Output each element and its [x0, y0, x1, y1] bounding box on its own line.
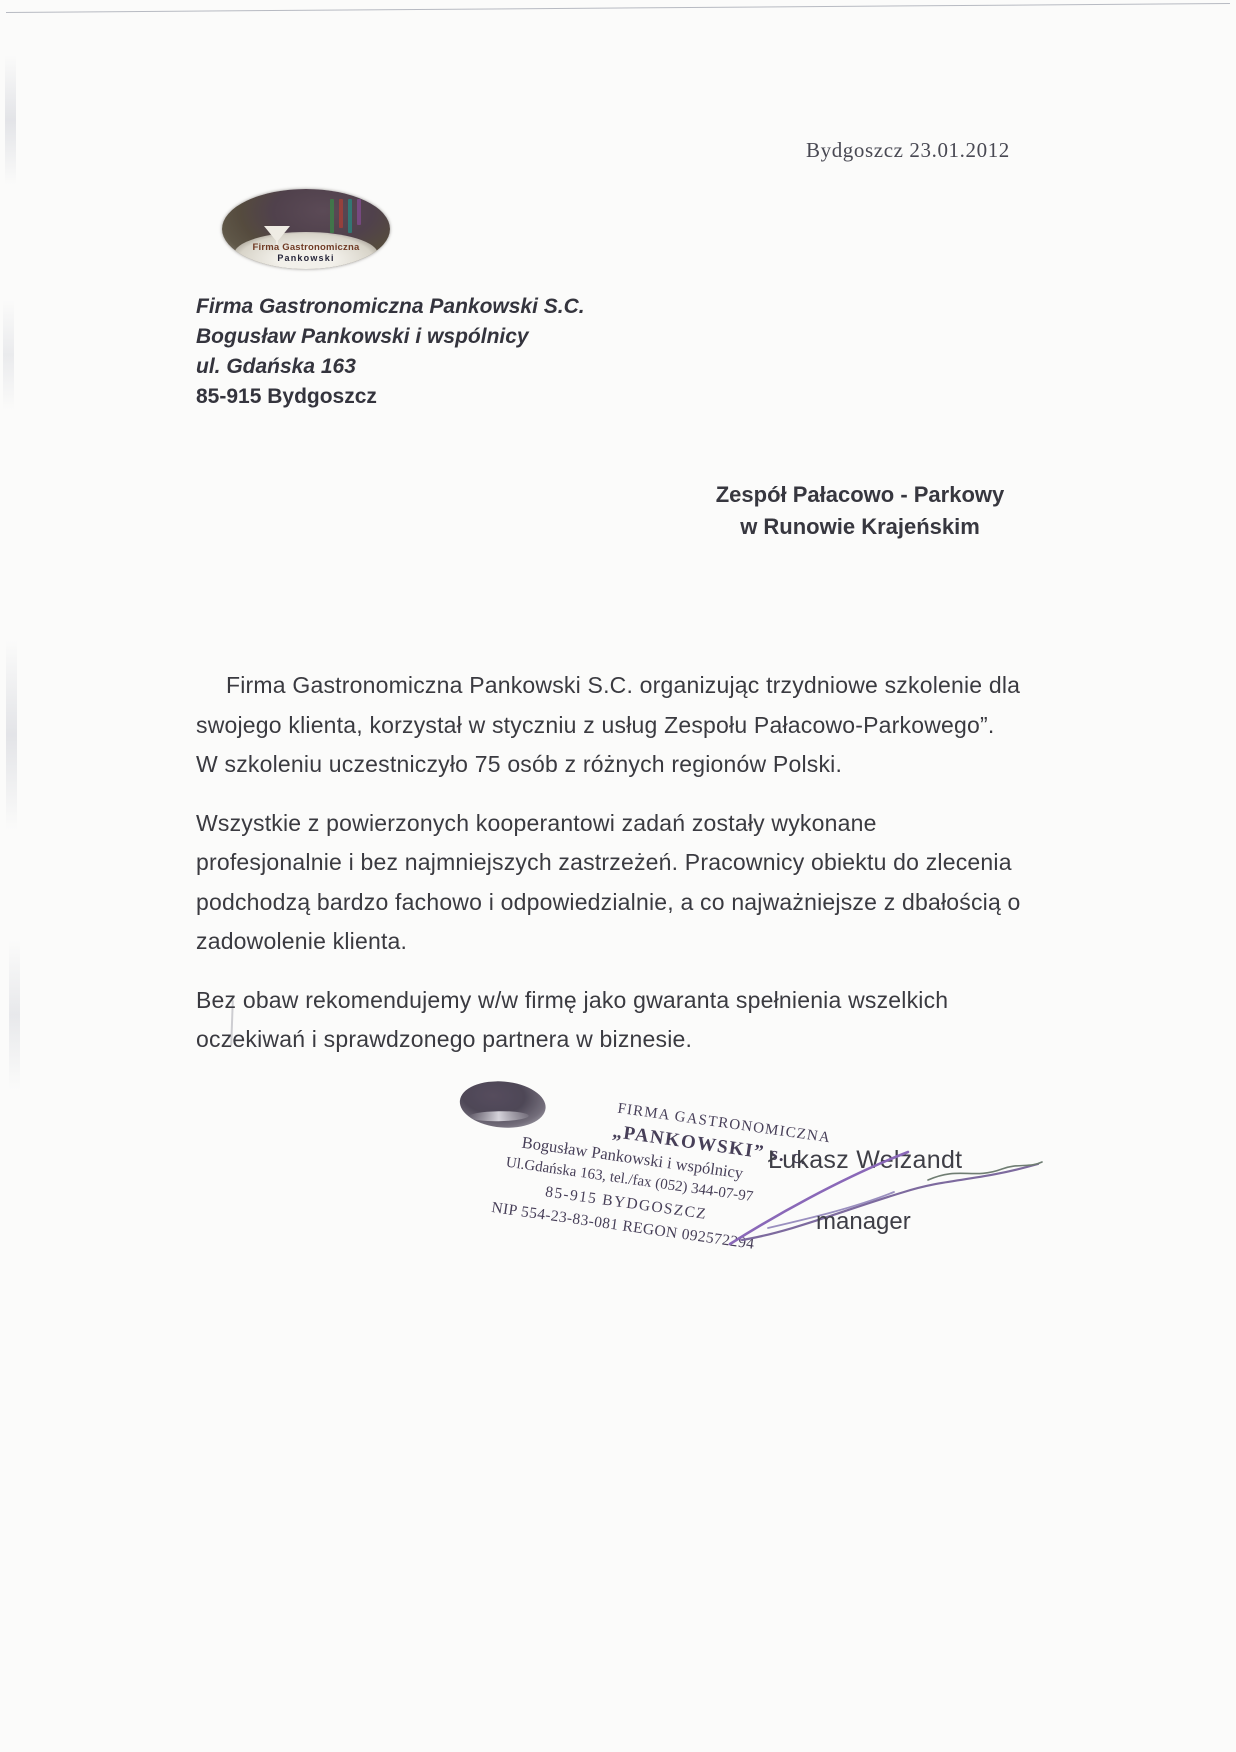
- letterhead-street: ul. Gdańska 163: [196, 352, 585, 382]
- scan-streak: [5, 55, 16, 185]
- letterhead-city: 85-915 Bydgoszcz: [196, 382, 585, 412]
- letterhead-owners: Bogusław Pankowski i wspólnicy: [196, 322, 585, 352]
- utensil-bars-icon: [330, 199, 361, 233]
- scanned-letter-page: Bydgoszcz 23.01.2012 Firma Gastronomiczn…: [0, 0, 1236, 1752]
- recipient-line1: Zespół Pałacowo - Parkowy: [690, 479, 1030, 511]
- recipient-line2: w Runowie Krajeńskim: [690, 511, 1030, 543]
- signatory-title: manager: [816, 1208, 911, 1236]
- letterhead-company: Firma Gastronomiczna Pankowski S.C.: [196, 292, 585, 322]
- letter-body: Firma Gastronomiczna Pankowski S.C. orga…: [196, 666, 1062, 1079]
- paragraph-1-line-3: W szkoleniu uczestniczyło 75 osób z różn…: [196, 745, 1062, 785]
- paragraph-2: Wszystkie z powierzonych kooperantowi za…: [196, 804, 1062, 962]
- scan-streak: [3, 300, 14, 410]
- scan-edge-line: [6, 3, 1230, 14]
- paragraph-3-line-1: Bez obaw rekomendujemy w/w firmę jako gw…: [196, 981, 1062, 1021]
- paragraph-3: Bez obaw rekomendujemy w/w firmę jako gw…: [196, 981, 1062, 1060]
- logo-caption-line2: Pankowski: [222, 253, 390, 263]
- logo-caption: Firma Gastronomiczna Pankowski: [222, 243, 390, 263]
- martini-glass-icon: [264, 226, 290, 242]
- company-logo: Firma Gastronomiczna Pankowski: [222, 189, 390, 269]
- letterhead: Firma Gastronomiczna Pankowski S.C. Bogu…: [196, 292, 585, 412]
- paragraph-2-line-1: Wszystkie z powierzonych kooperantowi za…: [196, 804, 1062, 844]
- recipient-block: Zespół Pałacowo - Parkowy w Runowie Kraj…: [690, 479, 1030, 543]
- logo-caption-line1: Firma Gastronomiczna: [222, 243, 390, 253]
- paragraph-2-line-2: profesjonalnie i bez najmniejszych zastr…: [196, 843, 1062, 883]
- logo-oval-icon: Firma Gastronomiczna Pankowski: [222, 189, 390, 269]
- paragraph-1-line-2: swojego klienta, korzystał w styczniu z …: [196, 706, 1062, 746]
- date-line: Bydgoszcz 23.01.2012: [806, 138, 1010, 163]
- handwritten-signature: [716, 1136, 1050, 1254]
- paragraph-2-line-3: podchodzą bardzo fachowo i odpowiedzialn…: [196, 883, 1062, 923]
- scan-streak: [9, 940, 20, 1090]
- paragraph-1: Firma Gastronomiczna Pankowski S.C. orga…: [196, 666, 1062, 785]
- paragraph-1-line-1: Firma Gastronomiczna Pankowski S.C. orga…: [196, 666, 1062, 706]
- scan-streak: [6, 640, 17, 830]
- paragraph-3-line-2: oczekiwań i sprawdzonego partnera w bizn…: [196, 1020, 1062, 1060]
- paragraph-2-line-4: zadowolenie klienta.: [196, 922, 1062, 962]
